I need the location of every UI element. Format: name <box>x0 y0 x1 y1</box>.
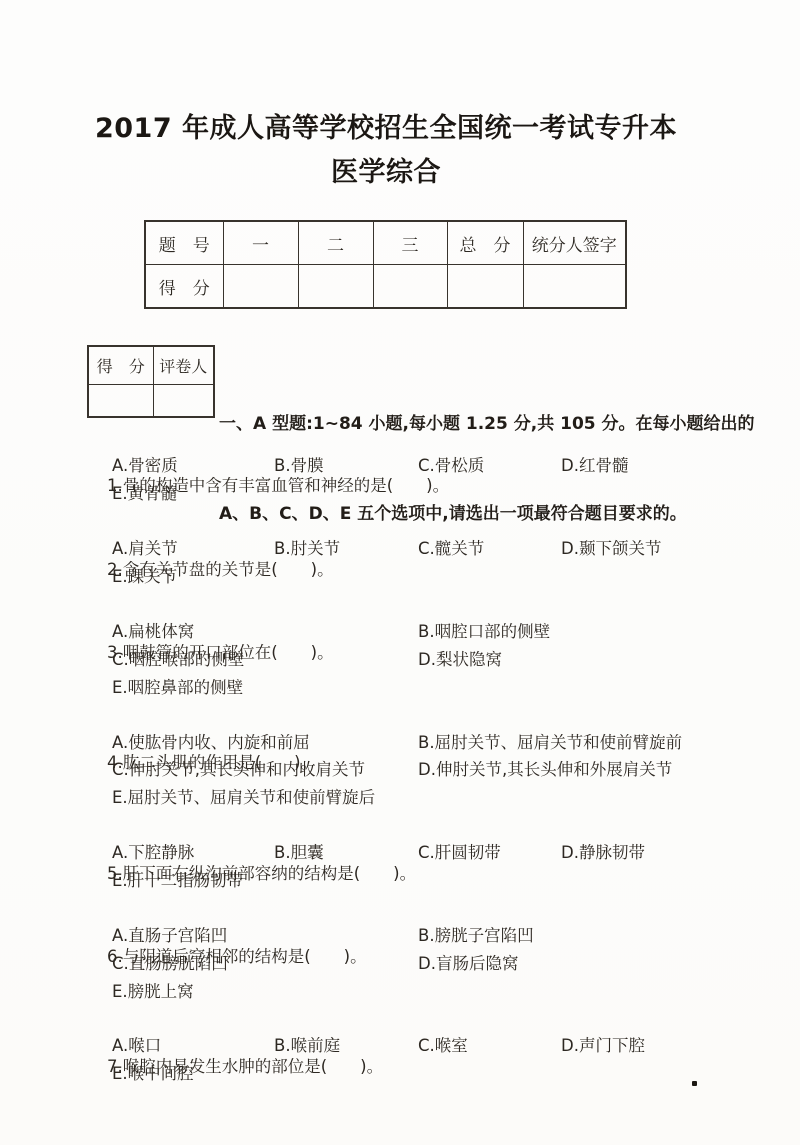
question-6-option-e: E.膀胱上窝 <box>112 980 194 1004</box>
question-6-option-b: B.膀胱子宫陷凹 <box>418 924 534 948</box>
question-4-option-e-row: E.屈肘关节、屈肩关节和使前臂旋后 <box>0 786 800 810</box>
exam-title: 2017 年成人高等学校招生全国统一考试专升本 <box>0 106 772 145</box>
question-5-option-b: B.胆囊 <box>274 841 324 865</box>
score-summary-table: 题 号 一 二 三 总 分 统分人签字 得 分 <box>144 220 627 309</box>
question-7-options-row: A.喉口 B.喉前庭 C.喉室 D.声门下腔 <box>0 1034 800 1058</box>
question-1-option-e: E.黄骨髓 <box>112 482 177 506</box>
question-4-option-b: B.屈肘关节、屈肩关节和使前臂旋前 <box>418 731 682 755</box>
question-6-option-c: C.直肠膀胱陷凹 <box>112 952 228 976</box>
question-5-options-row: A.下腔静脉 B.胆囊 C.肝圆韧带 D.静脉韧带 <box>0 841 800 865</box>
question-4-options-row-2: C.伸肘关节,其长头伸和内收肩关节 D.伸肘关节,其长头伸和外展肩关节 <box>0 758 800 782</box>
question-4-option-c: C.伸肘关节,其长头伸和内收肩关节 <box>112 758 365 782</box>
score-cell-part1 <box>223 265 298 309</box>
score-table-row-label: 得 分 <box>145 265 223 309</box>
question-3-options-row-1: A.扁桃体窝 B.咽腔口部的侧壁 <box>0 620 800 644</box>
score-cell-part2 <box>298 265 373 309</box>
question-6-stem: 6.与阴道后穹相邻的结构是( )。 <box>0 897 800 921</box>
question-1-stem: 1.骨的构造中含有丰富血管和神经的是( )。 <box>0 426 800 450</box>
question-5-option-a: A.下腔静脉 <box>112 841 194 865</box>
question-1-options-row: A.骨密质 B.骨膜 C.骨松质 D.红骨髓 <box>0 454 800 478</box>
question-5-option-d: D.静脉韧带 <box>561 841 645 865</box>
question-4-option-a: A.使肱骨内收、内旋和前屈 <box>112 731 310 755</box>
score-table-header-part3: 三 <box>373 221 447 265</box>
question-7-option-a: A.喉口 <box>112 1034 161 1058</box>
question-6-option-d: D.盲肠后隐窝 <box>418 952 518 976</box>
question-2-option-b: B.肘关节 <box>274 537 340 561</box>
question-7-stem: 7.喉腔内易发生水肿的部位是( )。 <box>0 1007 800 1031</box>
question-3-option-b: B.咽腔口部的侧壁 <box>418 620 550 644</box>
question-2-option-e: E.踝关节 <box>112 565 177 589</box>
question-1-option-b: B.骨膜 <box>274 454 324 478</box>
score-table-header-signature: 统分人签字 <box>523 221 626 265</box>
question-4-option-e: E.屈肘关节、屈肩关节和使前臂旋后 <box>112 786 375 810</box>
question-6-option-e-row: E.膀胱上窝 <box>0 980 800 1004</box>
question-3-option-a: A.扁桃体窝 <box>112 620 194 644</box>
question-2-option-d: D.颞下颌关节 <box>561 537 661 561</box>
question-4-stem: 4.肱二头肌的作用是( )。 <box>0 703 800 727</box>
question-7-option-c: C.喉室 <box>418 1034 468 1058</box>
question-1-option-a: A.骨密质 <box>112 454 178 478</box>
score-table-header-part2: 二 <box>298 221 373 265</box>
question-7-option-e-row: E.喉中间腔 <box>0 1062 800 1086</box>
question-6-options-row-2: C.直肠膀胱陷凹 D.盲肠后隐窝 <box>0 952 800 976</box>
question-3-option-e-row: E.咽腔鼻部的侧壁 <box>0 676 800 700</box>
question-7-option-d: D.声门下腔 <box>561 1034 645 1058</box>
question-6-option-a: A.直肠子宫陷凹 <box>112 924 227 948</box>
score-table-header-total: 总 分 <box>447 221 523 265</box>
question-1-option-d: D.红骨髓 <box>561 454 628 478</box>
score-cell-part3 <box>373 265 447 309</box>
grader-box-score-cell <box>88 385 153 418</box>
question-2-option-c: C.髋关节 <box>418 537 484 561</box>
question-3-option-d: D.梨状隐窝 <box>418 648 502 672</box>
question-3-option-e: E.咽腔鼻部的侧壁 <box>112 676 243 700</box>
question-6-options-row-1: A.直肠子宫陷凹 B.膀胱子宫陷凹 <box>0 924 800 948</box>
question-2-options-row: A.肩关节 B.肘关节 C.髋关节 D.颞下颌关节 <box>0 537 800 561</box>
question-7-option-b: B.喉前庭 <box>274 1034 340 1058</box>
question-3-options-row-2: C.咽腔喉部的侧壁 D.梨状隐窝 <box>0 648 800 672</box>
score-table-header-question-no: 题 号 <box>145 221 223 265</box>
exam-subtitle: 医学综合 <box>0 150 772 189</box>
score-table-header-part1: 一 <box>223 221 298 265</box>
grader-box-grader-cell <box>153 385 214 418</box>
question-3-option-c: C.咽腔喉部的侧壁 <box>112 648 244 672</box>
question-4-options-row-1: A.使肱骨内收、内旋和前屈 B.屈肘关节、屈肩关节和使前臂旋前 <box>0 731 800 755</box>
question-1-option-c: C.骨松质 <box>418 454 484 478</box>
question-1-option-e-row: E.黄骨髓 <box>0 482 800 506</box>
scan-dot-artifact <box>692 1081 697 1086</box>
grader-box-score-label: 得 分 <box>88 346 153 385</box>
question-4-option-d: D.伸肘关节,其长头伸和外展肩关节 <box>418 758 672 782</box>
question-3-stem: 3.咽鼓管的开口部位在( )。 <box>0 593 800 617</box>
question-2-option-a: A.肩关节 <box>112 537 178 561</box>
score-cell-signature <box>523 265 626 309</box>
question-5-option-c: C.肝圆韧带 <box>418 841 501 865</box>
score-cell-total <box>447 265 523 309</box>
scanned-exam-page: 2017 年成人高等学校招生全国统一考试专升本 医学综合 题 号 一 二 三 总… <box>0 0 800 1145</box>
grader-box-grader-label: 评卷人 <box>153 346 214 385</box>
question-2-option-e-row: E.踝关节 <box>0 565 800 589</box>
question-5-option-e: E.肝十二指肠韧带 <box>112 869 243 893</box>
question-5-option-e-row: E.肝十二指肠韧带 <box>0 869 800 893</box>
question-2-stem: 2.含有关节盘的关节是( )。 <box>0 510 800 534</box>
question-7-option-e: E.喉中间腔 <box>112 1062 194 1086</box>
grader-score-box: 得 分 评卷人 <box>87 345 215 418</box>
question-5-stem: 5.肝下面右纵沟前部容纳的结构是( )。 <box>0 814 800 838</box>
